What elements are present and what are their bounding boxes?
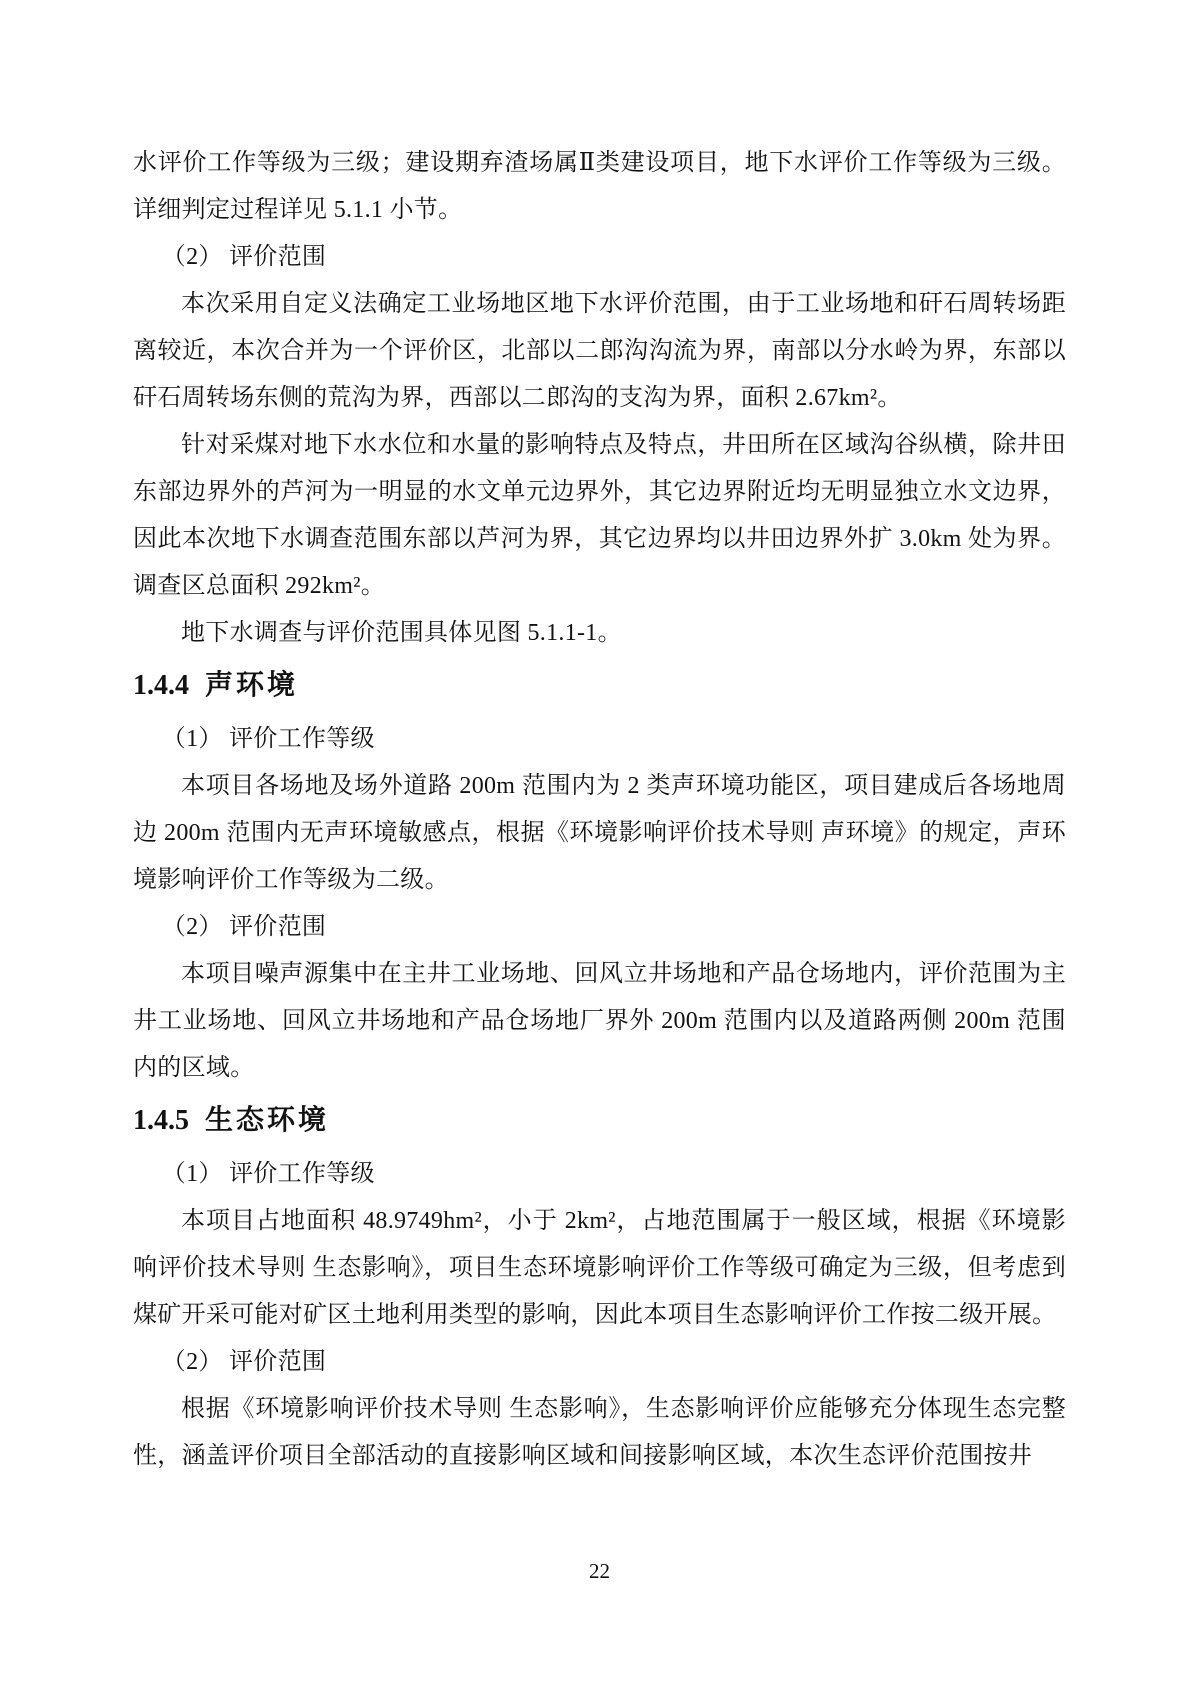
section-number: 1.4.5 [133, 1101, 189, 1141]
paragraph: 本项目噪声源集中在主井工业场地、回风立井场地和产品仓场地内，评价范围为主井工业场… [133, 951, 1066, 1092]
paragraph: 本项目占地面积 48.9749hm²，小于 2km²，占地范围属于一般区域，根据… [133, 1198, 1066, 1339]
item-heading: （2） 评价范围 [133, 234, 1066, 281]
section-heading-1-4-5: 1.4.5 生态环境 [133, 1100, 1066, 1141]
paragraph: 本次采用自定义法确定工业场地区地下水评价范围，由于工业场地和矸石周转场距离较近，… [133, 281, 1066, 422]
section-number: 1.4.4 [133, 666, 189, 706]
document-page: 水评价工作等级为三级；建设期弃渣场属Ⅱ类建设项目，地下水评价工作等级为三级。详细… [0, 0, 1199, 1696]
section-title: 生态环境 [205, 1100, 329, 1140]
item-heading: （2） 评价范围 [133, 1339, 1066, 1386]
paragraph: 水评价工作等级为三级；建设期弃渣场属Ⅱ类建设项目，地下水评价工作等级为三级。详细… [133, 140, 1066, 234]
section-title: 声环境 [205, 665, 298, 705]
page-number: 22 [0, 1556, 1199, 1586]
section-heading-1-4-4: 1.4.4 声环境 [133, 665, 1066, 706]
item-heading: （1） 评价工作等级 [133, 1151, 1066, 1198]
paragraph: 本项目各场地及场外道路 200m 范围内为 2 类声环境功能区，项目建成后各场地… [133, 763, 1066, 904]
paragraph: 根据《环境影响评价技术导则 生态影响》，生态影响评价应能够充分体现生态完整性，涵… [133, 1386, 1066, 1480]
item-heading: （2） 评价范围 [133, 904, 1066, 951]
paragraph: 地下水调查与评价范围具体见图 5.1.1-1。 [133, 610, 1066, 657]
paragraph: 针对采煤对地下水水位和水量的影响特点及特点，井田所在区域沟谷纵横，除井田东部边界… [133, 422, 1066, 610]
item-heading: （1） 评价工作等级 [133, 716, 1066, 763]
